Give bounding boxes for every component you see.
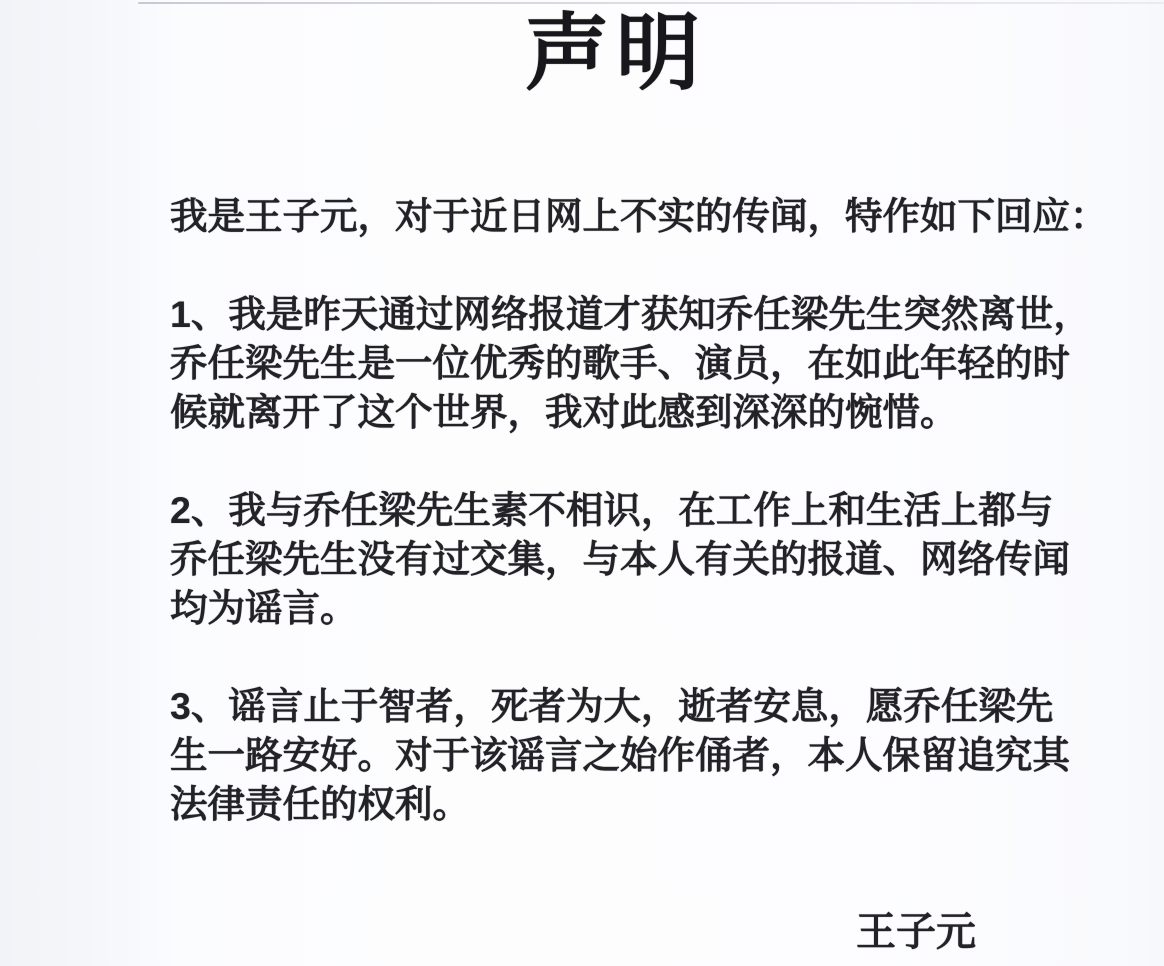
statement-line: 生一路安好。对于该谣言之始作俑者，本人保留追究其 [170, 731, 1122, 780]
statement-body: 我是王子元，对于近日网上不实的传闻，特作如下回应： 1、我是昨天通过网络报道才获… [170, 192, 1122, 829]
statement-line: 候就离开了这个世界，我对此感到深深的惋惜。 [170, 388, 1122, 437]
document-title: 声明 [34, 0, 1164, 106]
statement-line: 均为谣言。 [170, 584, 1122, 633]
intro-line: 我是王子元，对于近日网上不实的传闻，特作如下回应： [170, 192, 1122, 241]
signature: 王子元 [856, 908, 976, 957]
statement-line: 1、我是昨天通过网络报道才获知乔任梁先生突然离世， [170, 290, 1122, 339]
statement-document: 声明 我是王子元，对于近日网上不实的传闻，特作如下回应： 1、我是昨天通过网络报… [0, 0, 1164, 966]
statement-line: 乔任梁先生没有过交集，与本人有关的报道、网络传闻 [170, 535, 1122, 584]
statement-line: 法律责任的权利。 [170, 780, 1122, 829]
statement-paragraph-3: 3、谣言止于智者，死者为大，逝者安息，愿乔任梁先 生一路安好。对于该谣言之始作俑… [170, 682, 1122, 829]
statement-paragraph-1: 1、我是昨天通过网络报道才获知乔任梁先生突然离世， 乔任梁先生是一位优秀的歌手、… [170, 290, 1122, 437]
statement-line: 乔任梁先生是一位优秀的歌手、演员，在如此年轻的时 [170, 339, 1122, 388]
statement-line: 3、谣言止于智者，死者为大，逝者安息，愿乔任梁先 [170, 682, 1122, 731]
statement-line: 2、我与乔任梁先生素不相识，在工作上和生活上都与 [170, 486, 1122, 535]
statement-paragraph-2: 2、我与乔任梁先生素不相识，在工作上和生活上都与 乔任梁先生没有过交集，与本人有… [170, 486, 1122, 633]
